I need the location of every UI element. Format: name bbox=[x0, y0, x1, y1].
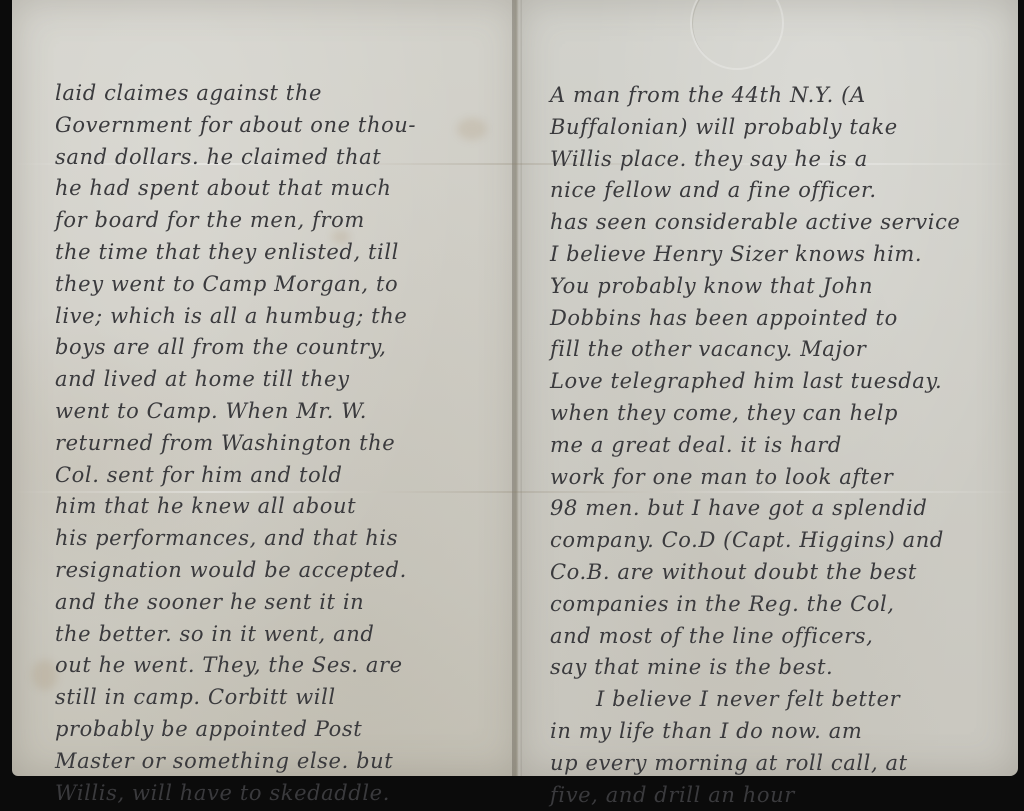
text-line: the time that they enlisted, till bbox=[55, 237, 416, 269]
text-line: out he went. They, the Ses. are bbox=[55, 650, 416, 682]
text-line: went to Camp. When Mr. W. bbox=[55, 396, 416, 428]
text-line-paragraph-start: I believe I never felt better bbox=[550, 684, 960, 716]
paper-stain bbox=[457, 118, 487, 140]
text-line: his performances, and that his bbox=[55, 523, 416, 555]
scan-border-bottom bbox=[0, 776, 1024, 782]
text-line: laid claimes against the bbox=[55, 78, 416, 110]
text-line: up every morning at roll call, at bbox=[550, 748, 960, 780]
text-line: him that he knew all about bbox=[55, 491, 416, 523]
text-line: Government for about one thou- bbox=[55, 110, 416, 142]
text-line: Col. sent for him and told bbox=[55, 460, 416, 492]
text-line: Master or something else. but bbox=[55, 746, 416, 778]
text-line: sand dollars. he claimed that bbox=[55, 142, 416, 174]
text-line: Buffalonian) will probably take bbox=[550, 112, 960, 144]
text-line: Love telegraphed him last tuesday. bbox=[550, 366, 960, 398]
text-line: You probably know that John bbox=[550, 271, 960, 303]
text-line: live; which is all a humbug; the bbox=[55, 301, 416, 333]
text-line: 98 men. but I have got a splendid bbox=[550, 493, 960, 525]
text-line: work for one man to look after bbox=[550, 462, 960, 494]
embossed-seal bbox=[690, 0, 784, 70]
text-line: A man from the 44th N.Y. (A bbox=[550, 80, 960, 112]
text-line: resignation would be accepted. bbox=[55, 555, 416, 587]
text-line: fill the other vacancy. Major bbox=[550, 334, 960, 366]
text-line: the better. so in it went, and bbox=[55, 619, 416, 651]
text-line: for board for the men, from bbox=[55, 205, 416, 237]
text-line: returned from Washington the bbox=[55, 428, 416, 460]
text-line: company. Co.D (Capt. Higgins) and bbox=[550, 525, 960, 557]
text-line: when they come, they can help bbox=[550, 398, 960, 430]
text-line: boys are all from the country, bbox=[55, 332, 416, 364]
text-line: and the sooner he sent it in bbox=[55, 587, 416, 619]
text-line: in my life than I do now. am bbox=[550, 716, 960, 748]
text-line: Dobbins has been appointed to bbox=[550, 303, 960, 335]
text-line: he had spent about that much bbox=[55, 173, 416, 205]
text-line: nice fellow and a fine officer. bbox=[550, 175, 960, 207]
text-line: still in camp. Corbitt will bbox=[55, 682, 416, 714]
text-line: companies in the Reg. the Col, bbox=[550, 589, 960, 621]
text-line: they went to Camp Morgan, to bbox=[55, 269, 416, 301]
left-page-text: laid claimes against the Government for … bbox=[55, 78, 416, 782]
right-page-text: A man from the 44th N.Y. (A Buffalonian)… bbox=[550, 80, 960, 782]
text-line: Willis place. they say he is a bbox=[550, 144, 960, 176]
text-line: has seen considerable active service bbox=[550, 207, 960, 239]
text-line: say that mine is the best. bbox=[550, 652, 960, 684]
text-line: me a great deal. it is hard bbox=[550, 430, 960, 462]
text-line: Co.B. are without doubt the best bbox=[550, 557, 960, 589]
text-line: probably be appointed Post bbox=[55, 714, 416, 746]
text-line: I believe Henry Sizer knows him. bbox=[550, 239, 960, 271]
text-line: and lived at home till they bbox=[55, 364, 416, 396]
scanned-letter: laid claimes against the Government for … bbox=[0, 0, 1024, 782]
text-line: and most of the line officers, bbox=[550, 621, 960, 653]
center-fold-gutter bbox=[512, 0, 522, 776]
